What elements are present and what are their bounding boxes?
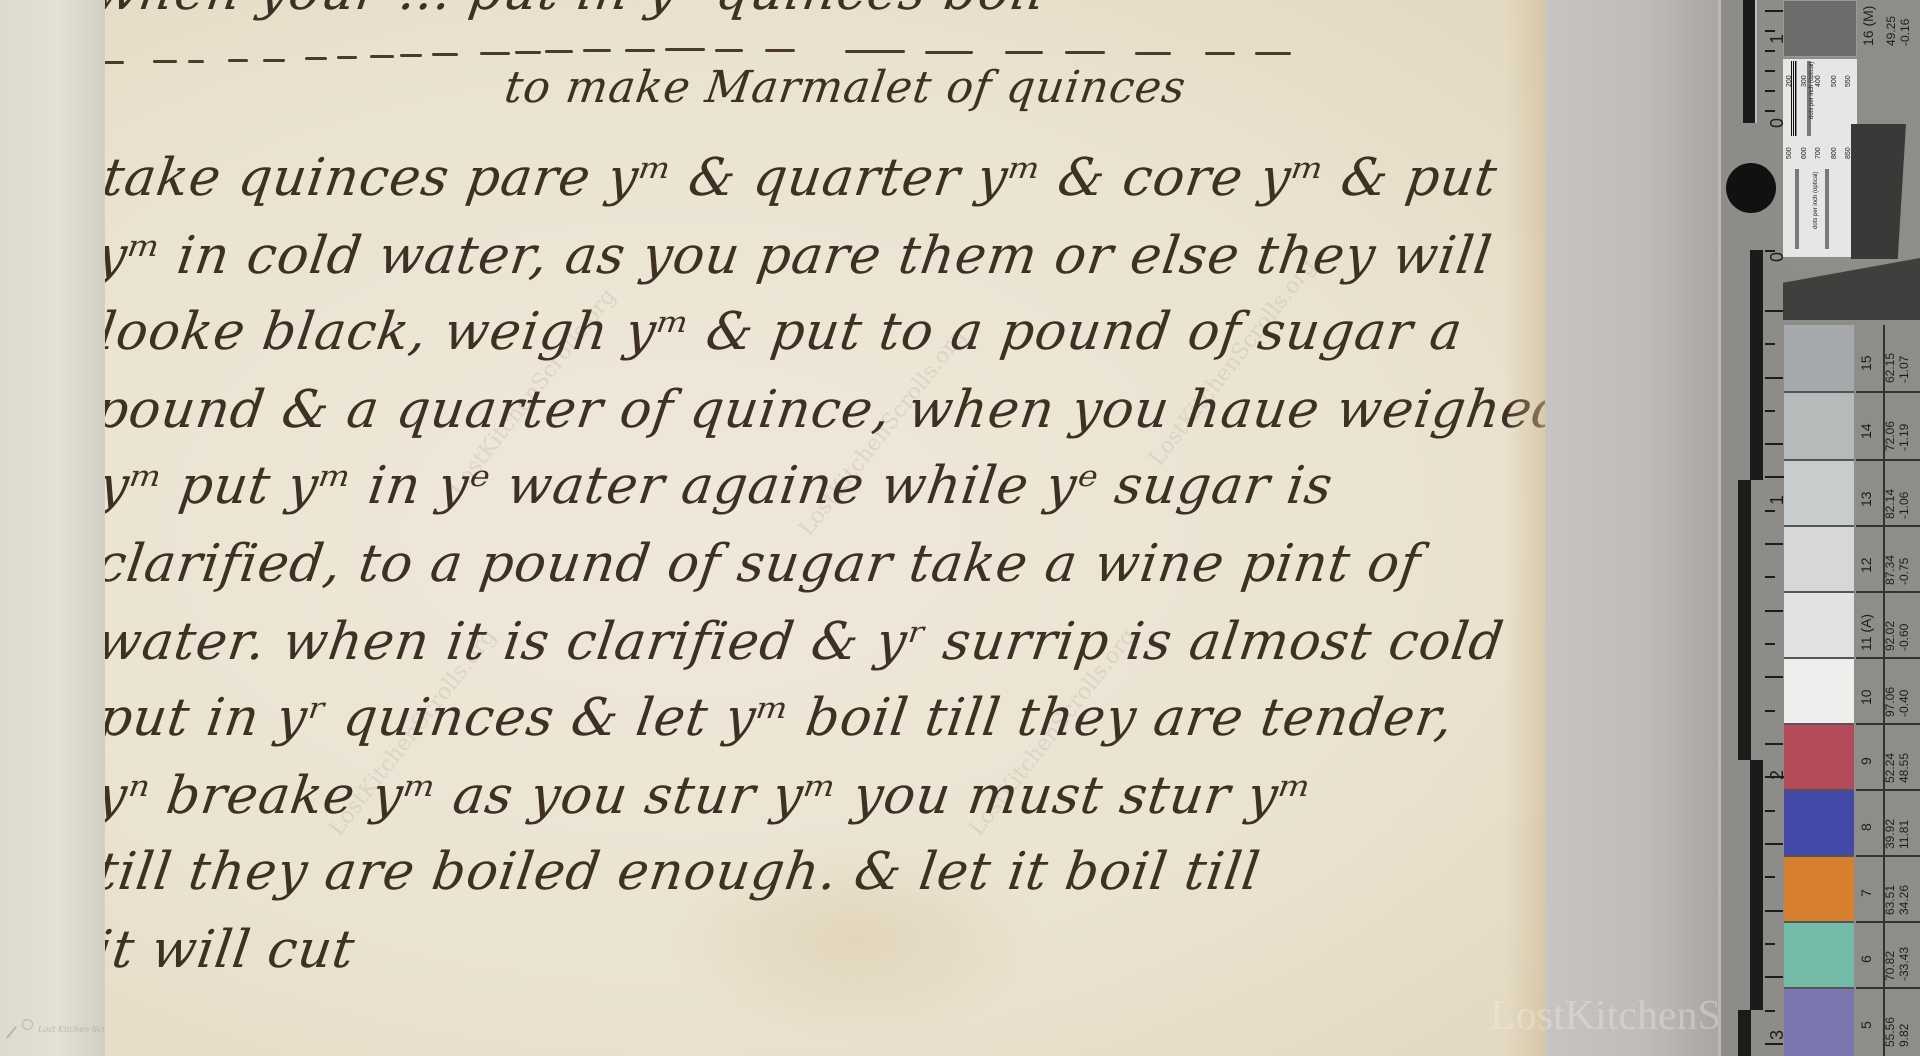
backdrop (1545, 0, 1718, 1056)
dpi-tick: 600 (1801, 147, 1808, 159)
patch-label: 6 70.82 -33.43 (1856, 923, 1920, 989)
dpi-tick: 550 (1845, 75, 1852, 87)
recipe-line-11: it will cut (105, 920, 359, 980)
dpi-tick: 500 (1786, 147, 1793, 159)
recipe-line-7: water. when it is clarified & yʳ surrip … (105, 612, 1508, 672)
color-patch-11 (1784, 593, 1854, 659)
patch-label: 8 39.92 11.81 (1856, 791, 1920, 857)
color-patch-9 (1784, 725, 1854, 791)
recipe-line-9: yⁿ breake yᵐ as you stur yᵐ you must stu… (105, 766, 1315, 826)
recipe-line-6: clarified, to a pound of sugar take a wi… (105, 534, 1425, 594)
recipe-line-10: till they are boiled enough. & let it bo… (105, 842, 1264, 902)
patch-id: 16 (M) (1860, 6, 1876, 46)
patch-label: 12 87.34 -0.75 (1856, 527, 1920, 593)
recipe-line-5: yᵐ put yᵐ in yᵉ water againe while yᵉ su… (105, 456, 1337, 516)
dpi-tick: 850 (1845, 147, 1852, 159)
patch-label: 10 97.06 -0.40 (1856, 659, 1920, 725)
key-icon (12, 1018, 34, 1040)
recipe-line-3: looke black, weigh yᵐ & put to a pound o… (105, 302, 1467, 362)
patch-label: 5 55.56 9.82 (1856, 989, 1920, 1056)
site-logo: Lost Kitchen Scrolls (12, 1018, 120, 1040)
card-edge (1718, 0, 1721, 1056)
patch-16-m (1783, 0, 1857, 57)
dpi-tick: 700 (1815, 147, 1822, 159)
recipe-line-1: take quinces pare yᵐ & quarter yᵐ & core… (105, 148, 1501, 208)
manuscript-page: LostKitchenScrolls.org LostKitchenScroll… (105, 0, 1545, 1056)
patch-label: 11 (A) 92.02 -0.60 (1856, 593, 1920, 659)
patch-label: 15 62.15 -1.07 (1856, 325, 1920, 393)
color-patch-15 (1784, 325, 1854, 393)
measurement-ruler: 1 0 0 1 2 3 (1731, 0, 1785, 1056)
recipe-line-4: pound & a quarter of quince, when you ha… (105, 380, 1545, 440)
color-patch-8 (1784, 791, 1854, 857)
left-facing-page-margin (0, 0, 105, 1056)
manuscript-text: when your ... put in yᵉ quinces boil to … (105, 0, 1545, 1056)
color-patch-6 (1784, 923, 1854, 989)
dpi-tick: 400 (1815, 75, 1822, 87)
patch-label: 9 52.24 48.55 (1856, 725, 1920, 791)
patch-label: 7 63.51 34.26 (1856, 857, 1920, 923)
dpi-label: dots per inch (optical) (1813, 172, 1819, 229)
dpi-resolution-chart: 200 300 400 500 550 500 600 700 800 850 … (1783, 59, 1857, 257)
registration-dot (1726, 163, 1776, 213)
color-patch-7 (1784, 857, 1854, 923)
dark-wedge (1851, 124, 1906, 259)
recipe-title: to make Marmalet of quinces (501, 62, 1189, 113)
patch-label: 14 72.06 -1.19 (1856, 393, 1920, 461)
partial-top-line: when your ... put in yᵉ quinces boil (105, 0, 1050, 22)
dpi-tick: 300 (1801, 75, 1808, 87)
color-patch-10 (1784, 659, 1854, 725)
dpi-tick: 500 (1831, 75, 1838, 87)
color-patch-13 (1784, 461, 1854, 527)
color-patch-12 (1784, 527, 1854, 593)
dpi-tick: 200 (1786, 75, 1793, 87)
dpi-label: dots per inch (optical) (1809, 62, 1815, 119)
recipe-line-8: put in yʳ quinces & let yᵐ boil till the… (105, 688, 1457, 748)
patch-label: 13 82.14 -1.06 (1856, 461, 1920, 527)
color-patch-14 (1784, 393, 1854, 461)
color-patch-5 (1784, 989, 1854, 1056)
patch-value: 49.25 (1884, 16, 1898, 46)
dpi-tick: 800 (1831, 147, 1838, 159)
patch-value: -0.16 (1898, 19, 1912, 46)
recipe-line-2: yᵐ in cold water, as you pare them or el… (105, 226, 1496, 286)
